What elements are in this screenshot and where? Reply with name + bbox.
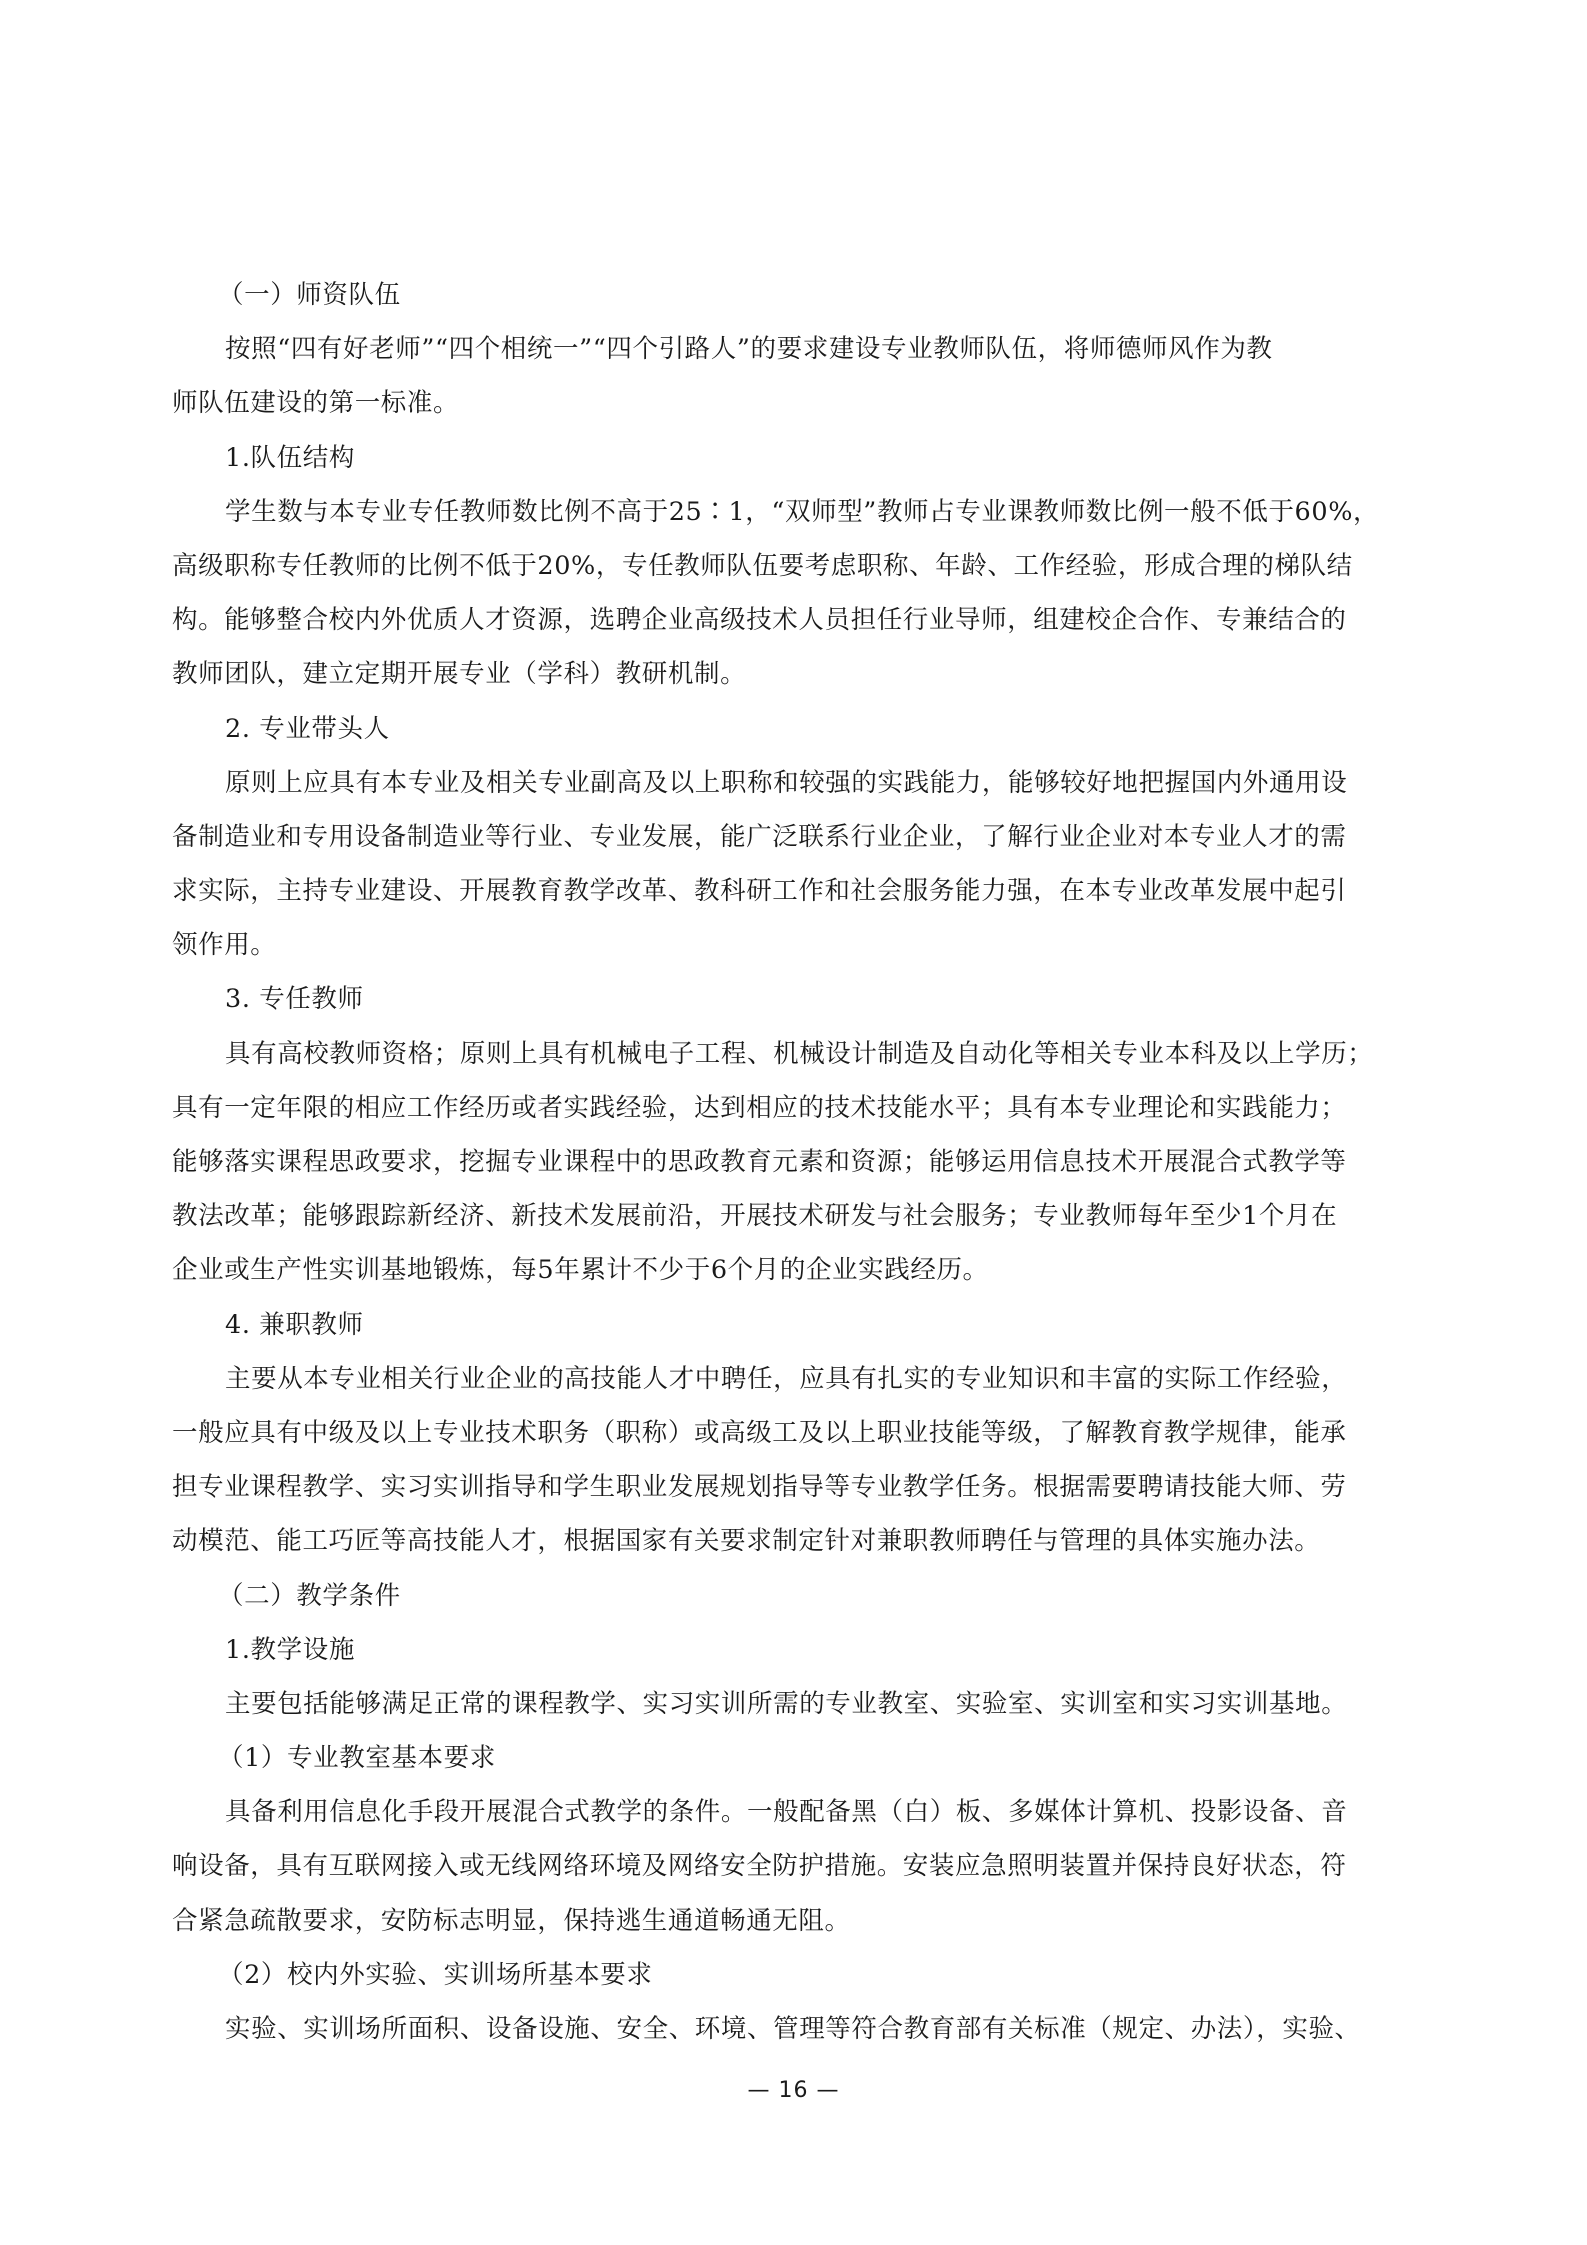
paragraph-program-leader: 原则上应具有本专业及相关专业副高及以上职称和较强的实践能力，能够较好地把握国内外… [172, 756, 1422, 973]
paragraph-team-structure: 学生数与本专业专任教师数比例不高于25∶1，“双师型”教师占专业课教师数比例一般… [172, 485, 1422, 702]
paragraph-lab-requirements: 实验、实训场所面积、设备设施、安全、环境、管理等符合教育部有关标准（规定、办法）… [172, 2002, 1422, 2056]
paragraph-line: 主要从本专业相关行业企业的高技能人才中聘任，应具有扎实的专业知识和丰富的实际工作… [172, 1352, 1422, 1406]
paragraph-line: 教法改革；能够跟踪新经济、新技术发展前沿，开展技术研发与社会服务；专业教师每年至… [172, 1189, 1422, 1243]
paragraph-classroom-requirements: 具备利用信息化手段开展混合式教学的条件。一般配备黑（白）板、多媒体计算机、投影设… [172, 1785, 1422, 1948]
paragraph-parttime-teachers: 主要从本专业相关行业企业的高技能人才中聘任，应具有扎实的专业知识和丰富的实际工作… [172, 1352, 1422, 1569]
subheading-fulltime-teachers: 3. 专任教师 [172, 972, 1422, 1026]
page-content: （一）师资队伍 按照“四有好老师”“四个相统一”“四个引路人”的要求建设专业教师… [172, 268, 1422, 2056]
subheading-teaching-facilities: 1.教学设施 [172, 1623, 1422, 1677]
subheading-team-structure: 1.队伍结构 [172, 431, 1422, 485]
section-heading-teaching-conditions: （二）教学条件 [172, 1569, 1422, 1623]
paragraph-line: 具有一定年限的相应工作经历或者实践经验，达到相应的技术技能水平；具有本专业理论和… [172, 1081, 1422, 1135]
paragraph-fulltime-teachers: 具有高校教师资格；原则上具有机械电子工程、机械设计制造及自动化等相关专业本科及以… [172, 1027, 1422, 1298]
paragraph-line: 求实际，主持专业建设、开展教育教学改革、教科研工作和社会服务能力强，在本专业改革… [172, 864, 1422, 918]
paragraph-line: 师队伍建设的第一标准。 [172, 376, 1422, 430]
paragraph-line: 具有高校教师资格；原则上具有机械电子工程、机械设计制造及自动化等相关专业本科及以… [172, 1027, 1422, 1081]
paragraph-faculty-intro: 按照“四有好老师”“四个相统一”“四个引路人”的要求建设专业教师队伍，将师德师风… [172, 322, 1422, 430]
paragraph-line: 备制造业和专用设备制造业等行业、专业发展，能广泛联系行业企业，了解行业企业对本专… [172, 810, 1422, 864]
subheading-lab-requirements: （2）校内外实验、实训场所基本要求 [172, 1948, 1422, 2002]
page-number: — 16 — [0, 2078, 1587, 2103]
paragraph-line: 一般应具有中级及以上专业技术职务（职称）或高级工及以上职业技能等级，了解教育教学… [172, 1406, 1422, 1460]
paragraph-line: 按照“四有好老师”“四个相统一”“四个引路人”的要求建设专业教师队伍，将师德师风… [172, 322, 1422, 376]
paragraph-line: 具备利用信息化手段开展混合式教学的条件。一般配备黑（白）板、多媒体计算机、投影设… [172, 1785, 1422, 1839]
paragraph-line: 能够落实课程思政要求，挖掘专业课程中的思政教育元素和资源；能够运用信息技术开展混… [172, 1135, 1422, 1189]
paragraph-line: 企业或生产性实训基地锻炼，每5年累计不少于6个月的企业实践经历。 [172, 1243, 1422, 1297]
paragraph-line: 动模范、能工巧匠等高技能人才，根据国家有关要求制定针对兼职教师聘任与管理的具体实… [172, 1514, 1422, 1568]
subheading-parttime-teachers: 4. 兼职教师 [172, 1298, 1422, 1352]
paragraph-line: 主要包括能够满足正常的课程教学、实习实训所需的专业教室、实验室、实训室和实习实训… [172, 1677, 1422, 1731]
paragraph-line: 实验、实训场所面积、设备设施、安全、环境、管理等符合教育部有关标准（规定、办法）… [172, 2002, 1422, 2056]
paragraph-line: 学生数与本专业专任教师数比例不高于25∶1，“双师型”教师占专业课教师数比例一般… [172, 485, 1422, 539]
paragraph-line: 高级职称专任教师的比例不低于20%，专任教师队伍要考虑职称、年龄、工作经验，形成… [172, 539, 1422, 593]
subheading-program-leader: 2. 专业带头人 [172, 702, 1422, 756]
paragraph-teaching-facilities: 主要包括能够满足正常的课程教学、实习实训所需的专业教室、实验室、实训室和实习实训… [172, 1677, 1422, 1731]
paragraph-line: 合紧急疏散要求，安防标志明显，保持逃生通道畅通无阻。 [172, 1894, 1422, 1948]
paragraph-line: 原则上应具有本专业及相关专业副高及以上职称和较强的实践能力，能够较好地把握国内外… [172, 756, 1422, 810]
paragraph-line: 教师团队，建立定期开展专业（学科）教研机制。 [172, 647, 1422, 701]
paragraph-line: 响设备，具有互联网接入或无线网络环境及网络安全防护措施。安装应急照明装置并保持良… [172, 1839, 1422, 1893]
section-heading-faculty: （一）师资队伍 [172, 268, 1422, 322]
paragraph-line: 构。能够整合校内外优质人才资源，选聘企业高级技术人员担任行业导师，组建校企合作、… [172, 593, 1422, 647]
paragraph-line: 担专业课程教学、实习实训指导和学生职业发展规划指导等专业教学任务。根据需要聘请技… [172, 1460, 1422, 1514]
document-page: （一）师资队伍 按照“四有好老师”“四个相统一”“四个引路人”的要求建设专业教师… [0, 0, 1587, 2245]
subheading-classroom-requirements: （1）专业教室基本要求 [172, 1731, 1422, 1785]
paragraph-line: 领作用。 [172, 918, 1422, 972]
